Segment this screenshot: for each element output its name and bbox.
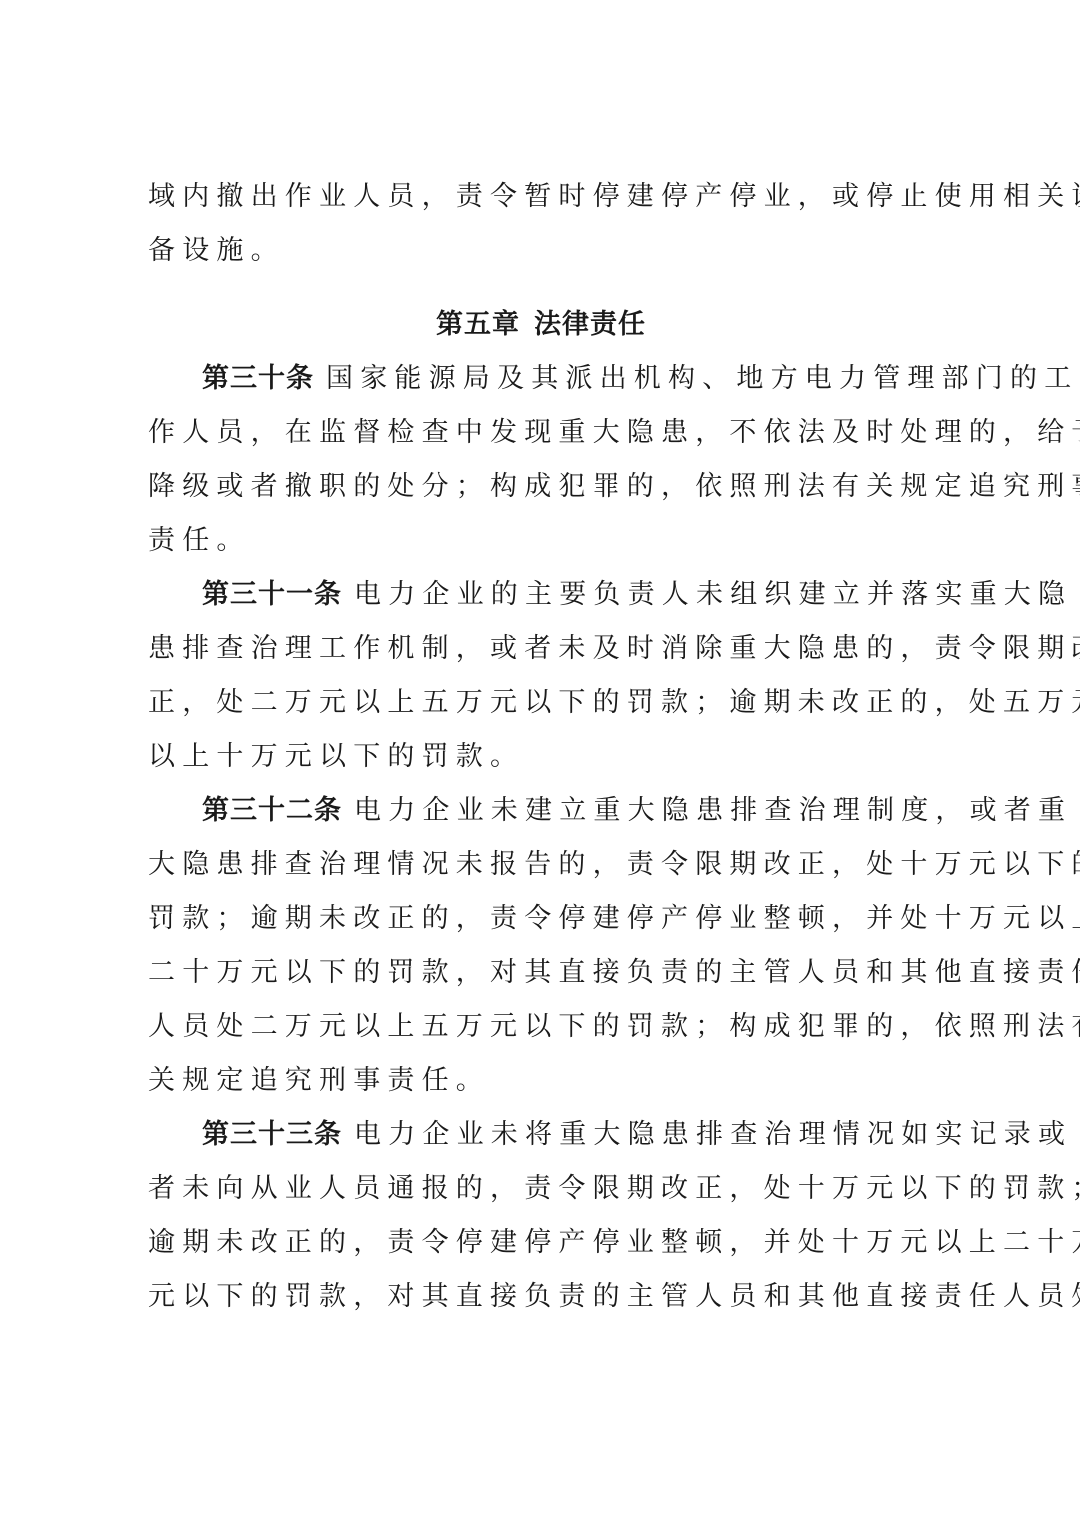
article-number: 第三十一条 bbox=[202, 579, 342, 610]
text-line: 逾期未改正的，责令停建停产停业整顿，并处十万元以上二十万 bbox=[148, 1216, 934, 1270]
text-line: 元以下的罚款，对其直接负责的主管人员和其他直接责任人员处 bbox=[148, 1270, 934, 1324]
text-line: 备设施。 bbox=[148, 224, 934, 278]
article-text: 电力企业未建立重大隐患排查治理制度，或者重 bbox=[354, 795, 1072, 826]
text-line: 关规定追究刑事责任。 bbox=[148, 1054, 934, 1108]
text-line: 二十万元以下的罚款，对其直接负责的主管人员和其他直接责任 bbox=[148, 946, 934, 1000]
article-31: 第三十一条电力企业的主要负责人未组织建立并落实重大隐 患排查治理工作机制，或者未… bbox=[148, 568, 934, 784]
document-page: 域内撤出作业人员，责令暂时停建停产停业，或停止使用相关设 备设施。 第五章法律责… bbox=[148, 170, 934, 1324]
continuation-paragraph: 域内撤出作业人员，责令暂时停建停产停业，或停止使用相关设 备设施。 bbox=[148, 170, 934, 278]
article-number: 第三十条 bbox=[202, 363, 314, 394]
text-line: 责任。 bbox=[148, 514, 934, 568]
text-line: 正，处二万元以上五万元以下的罚款；逾期未改正的，处五万元 bbox=[148, 676, 934, 730]
text-line: 降级或者撤职的处分；构成犯罪的，依照刑法有关规定追究刑事 bbox=[148, 460, 934, 514]
article-number: 第三十三条 bbox=[202, 1119, 342, 1150]
article-first-line: 第三十条国家能源局及其派出机构、地方电力管理部门的工 bbox=[148, 352, 934, 406]
text-line: 域内撤出作业人员，责令暂时停建停产停业，或停止使用相关设 bbox=[148, 170, 934, 224]
article-33: 第三十三条电力企业未将重大隐患排查治理情况如实记录或 者未向从业人员通报的，责令… bbox=[148, 1108, 934, 1324]
article-30: 第三十条国家能源局及其派出机构、地方电力管理部门的工 作人员，在监督检查中发现重… bbox=[148, 352, 934, 568]
article-text: 国家能源局及其派出机构、地方电力管理部门的工 bbox=[326, 363, 1078, 394]
article-32: 第三十二条电力企业未建立重大隐患排查治理制度，或者重 大隐患排查治理情况未报告的… bbox=[148, 784, 934, 1108]
text-line: 患排查治理工作机制，或者未及时消除重大隐患的，责令限期改 bbox=[148, 622, 934, 676]
text-line: 大隐患排查治理情况未报告的，责令限期改正，处十万元以下的 bbox=[148, 838, 934, 892]
chapter-heading: 第五章法律责任 bbox=[148, 298, 934, 352]
article-number: 第三十二条 bbox=[202, 795, 342, 826]
article-text: 电力企业未将重大隐患排查治理情况如实记录或 bbox=[354, 1119, 1072, 1150]
article-text: 电力企业的主要负责人未组织建立并落实重大隐 bbox=[354, 579, 1072, 610]
article-first-line: 第三十二条电力企业未建立重大隐患排查治理制度，或者重 bbox=[148, 784, 934, 838]
text-line: 罚款；逾期未改正的，责令停建停产停业整顿，并处十万元以上 bbox=[148, 892, 934, 946]
text-line: 人员处二万元以上五万元以下的罚款；构成犯罪的，依照刑法有 bbox=[148, 1000, 934, 1054]
article-first-line: 第三十一条电力企业的主要负责人未组织建立并落实重大隐 bbox=[148, 568, 934, 622]
text-line: 作人员，在监督检查中发现重大隐患，不依法及时处理的，给予 bbox=[148, 406, 934, 460]
text-line: 以上十万元以下的罚款。 bbox=[148, 730, 934, 784]
article-first-line: 第三十三条电力企业未将重大隐患排查治理情况如实记录或 bbox=[148, 1108, 934, 1162]
chapter-number: 第五章 bbox=[436, 309, 520, 340]
chapter-title: 法律责任 bbox=[534, 309, 646, 340]
text-line: 者未向从业人员通报的，责令限期改正，处十万元以下的罚款； bbox=[148, 1162, 934, 1216]
